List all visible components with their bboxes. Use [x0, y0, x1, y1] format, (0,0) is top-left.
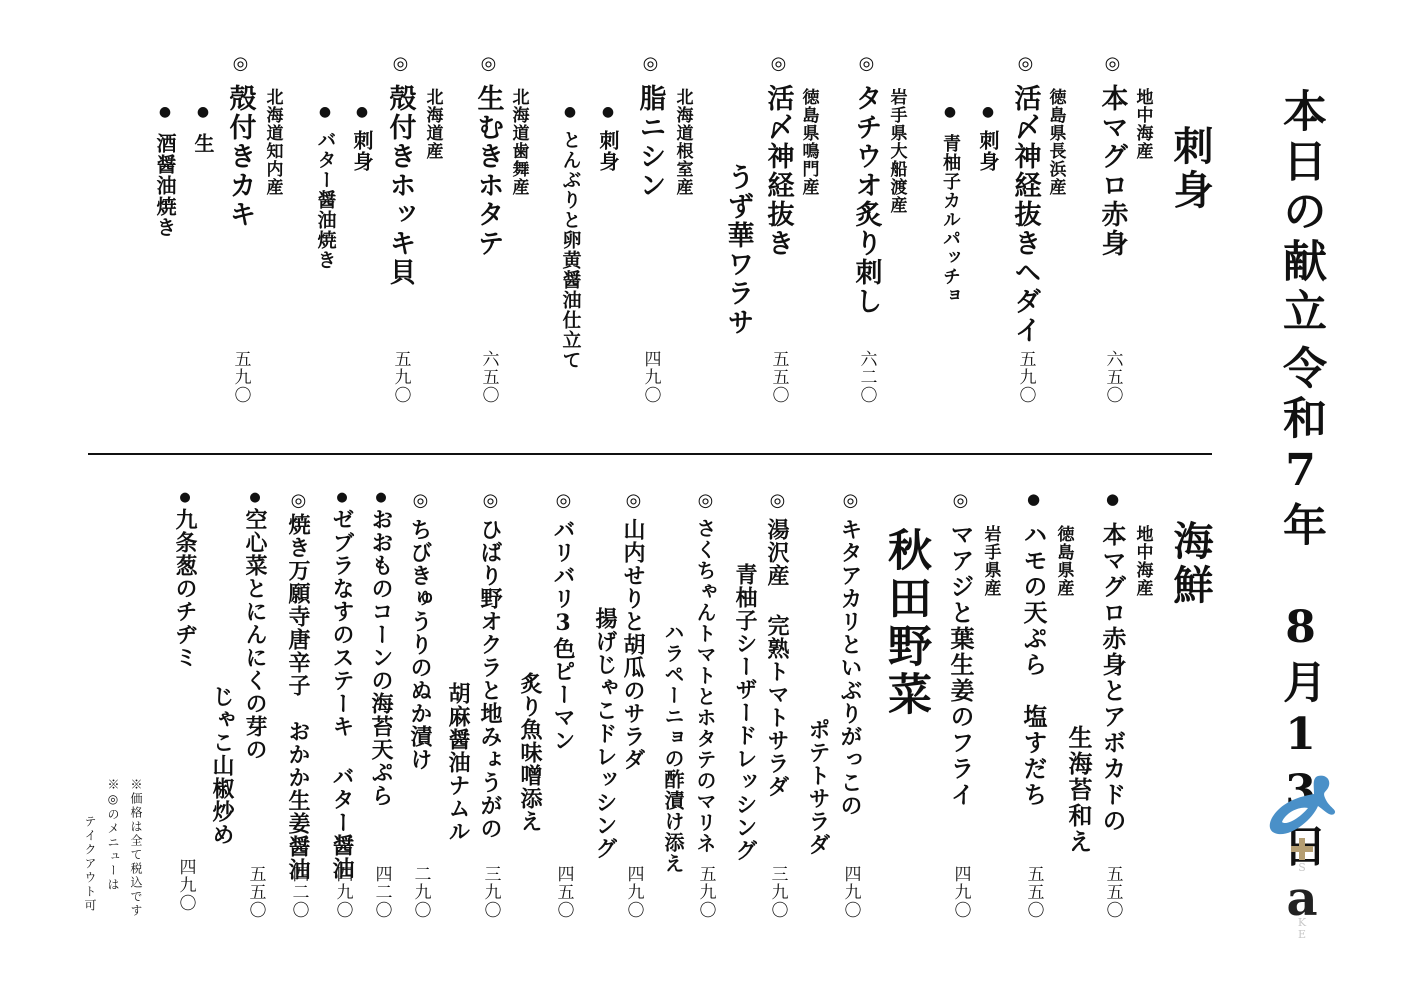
takeout-mark-icon: ◎	[289, 490, 307, 511]
bullet-icon: ●	[196, 104, 210, 121]
takeout-mark-icon: ◎	[411, 490, 429, 511]
item-price: 四五〇	[555, 865, 572, 919]
item-name: タチウオ炙り刺し	[853, 84, 880, 316]
item-price: 三九〇	[482, 865, 499, 919]
item-option: 刺身	[978, 130, 998, 172]
item-name: ちびきゅうりのぬか漬け	[409, 518, 431, 771]
takeout-mark-icon: ◎	[951, 490, 969, 511]
item-name-line2: ポテトサラダ	[807, 718, 829, 856]
bullet-icon: ●	[179, 490, 192, 505]
takeout-mark-icon: ◎	[391, 53, 409, 74]
item-name: 焼き万願寺唐辛子 おかか生姜醤油	[287, 513, 309, 881]
section-heading-akita-vegetables: 秋田野菜	[883, 527, 927, 719]
bullet-icon: ●	[249, 490, 262, 505]
item-price: 五九〇	[232, 350, 249, 404]
item-origin: 岩手県大船渡産	[888, 88, 905, 214]
takeout-note: ※◎のメニューは	[107, 778, 119, 892]
bullet-icon: ●	[355, 104, 369, 121]
takeout-mark-icon: ◎	[1103, 53, 1121, 74]
item-option: 刺身	[598, 130, 618, 172]
item-name-line2: 青柚子シーザードレッシング	[734, 563, 756, 862]
menu-title: 本日の献立	[1278, 88, 1322, 338]
takeout-mark-icon: ◎	[624, 490, 642, 511]
takeout-mark-icon: ◎	[696, 490, 714, 511]
section-divider	[88, 453, 1212, 455]
item-name: ハモの天ぷら 塩すだち	[1021, 522, 1045, 808]
plus-icon	[1291, 838, 1313, 860]
item-name: さくちゃんトマトとホタテのマリネ	[695, 518, 715, 854]
item-price: 六五〇	[1104, 350, 1121, 404]
item-origin: 地中海産	[1134, 88, 1151, 160]
item-origin: 徳島県長浜産	[1047, 88, 1064, 196]
item-price: 五五〇	[1104, 865, 1121, 919]
item-name: ゼブラなすのステーキ バター醤油	[331, 508, 353, 880]
item-option: 酒醤油焼き	[155, 133, 175, 238]
item-name: ひばり野オクラと地みょうがの	[479, 518, 501, 840]
section-heading-seafood: 海鮮	[1170, 520, 1210, 608]
item-name-line2: 生海苔和え	[1066, 725, 1090, 855]
item-origin: 徳島県鳴門産	[800, 88, 817, 196]
bullet-icon: ●	[943, 104, 957, 121]
item-price: 四九〇	[952, 865, 969, 919]
item-name-line2: 炙り魚味噌添え	[519, 672, 541, 833]
item-name-line2: 揚げじゃこドレッシング	[594, 607, 616, 860]
item-price: 五五〇	[1025, 865, 1042, 919]
item-name: おおものコーンの海苔天ぷら	[370, 508, 392, 807]
item-price: 六五〇	[480, 350, 497, 404]
item-name-line2: うず華ワラサ	[725, 163, 752, 337]
bullet-icon: ●	[981, 104, 995, 121]
item-price: 六二〇	[858, 350, 875, 404]
bullet-icon: ●	[1105, 490, 1120, 508]
takeout-mark-icon: ◎	[841, 490, 859, 511]
item-price: 四九〇	[625, 865, 642, 919]
item-origin: 北海道根室産	[674, 88, 691, 196]
item-name: キタアカリといぶりがっこの	[839, 518, 861, 817]
takeout-mark-icon: ◎	[769, 53, 787, 74]
takeout-mark-icon: ◎	[768, 490, 786, 511]
item-option: 生	[193, 133, 213, 154]
item-option: 青柚子カルパッチョ	[941, 134, 959, 305]
item-name: 活〆神経抜き	[765, 84, 792, 258]
takeout-note-line2: テイクアウト可	[84, 815, 96, 913]
item-price: 二九〇	[412, 865, 429, 919]
item-name-line2: 胡麻醤油ナムル	[447, 682, 469, 843]
item-name: 活〆神経抜きヘダイ	[1012, 84, 1039, 345]
bullet-icon: ●	[336, 490, 349, 505]
item-name: 本マグロ赤身	[1099, 84, 1126, 258]
bullet-icon: ●	[318, 104, 332, 121]
bullet-icon: ●	[158, 104, 172, 121]
takeout-mark-icon: ◎	[1016, 53, 1034, 74]
item-name: 空心菜とにんにくの芽の	[244, 508, 266, 761]
takeout-mark-icon: ◎	[481, 490, 499, 511]
takeout-mark-icon: ◎	[479, 53, 497, 74]
item-price: 四九〇	[642, 350, 659, 404]
item-name-line2: ハラペーニョの酢漬け添え	[663, 622, 683, 874]
item-option: バター醤油焼き	[316, 130, 335, 270]
item-price: 五五〇	[770, 350, 787, 404]
item-origin: 岩手県産	[982, 525, 999, 597]
item-price: 五九〇	[392, 350, 409, 404]
item-price: 四九〇	[842, 865, 859, 919]
item-origin: 徳島県産	[1055, 525, 1072, 597]
bullet-icon: ●	[601, 104, 615, 121]
item-name: 殻付きカキ	[227, 84, 254, 229]
item-name: 山内せりと胡瓜のサラダ	[622, 518, 644, 771]
item-name: 九条葱のチヂミ	[174, 508, 196, 669]
item-name: マアジと葉生姜のフライ	[948, 522, 972, 808]
item-price: 四九〇	[177, 858, 194, 912]
item-name: 脂ニシン	[637, 84, 664, 200]
item-origin: 北海道産	[424, 88, 441, 160]
item-name-line2: じゃこ山椒炒め	[211, 685, 233, 846]
takeout-mark-icon: ◎	[641, 53, 659, 74]
logo-letter-e: E	[1262, 928, 1342, 941]
item-price: 五五〇	[247, 865, 264, 919]
item-name: バリバリ3色ピーマン	[552, 518, 574, 752]
shop-logo: S a K E	[1262, 770, 1342, 940]
item-price: 三九〇	[769, 865, 786, 919]
bullet-icon: ●	[1026, 490, 1041, 508]
item-price: 四二〇	[373, 865, 390, 919]
item-origin: 北海道歯舞産	[510, 88, 527, 196]
item-price: 四二〇	[290, 865, 307, 919]
takeout-mark-icon: ◎	[231, 53, 249, 74]
item-name: 湯沢産 完熟トマトサラダ	[766, 518, 788, 798]
tax-note: ※価格は全て税込です	[130, 778, 142, 918]
takeout-mark-icon: ◎	[857, 53, 875, 74]
item-price: 四九〇	[334, 865, 351, 919]
bullet-icon: ●	[563, 104, 577, 121]
item-name: 殻付きホッキ貝	[387, 84, 414, 287]
item-price: 五九〇	[697, 865, 714, 919]
item-origin: 地中海産	[1134, 525, 1151, 597]
item-price: 五九〇	[1017, 350, 1034, 404]
item-origin: 北海道知内産	[264, 88, 281, 196]
item-name: 生むきホタテ	[475, 84, 502, 258]
item-option: 刺身	[352, 130, 372, 172]
bullet-icon: ●	[375, 490, 388, 505]
item-option: とんぶりと卵黄醤油仕立て	[561, 130, 580, 370]
takeout-mark-icon: ◎	[554, 490, 572, 511]
item-name: 本マグロ赤身とアボカドの	[1100, 522, 1124, 834]
section-heading-sashimi: 刺身	[1170, 125, 1210, 213]
